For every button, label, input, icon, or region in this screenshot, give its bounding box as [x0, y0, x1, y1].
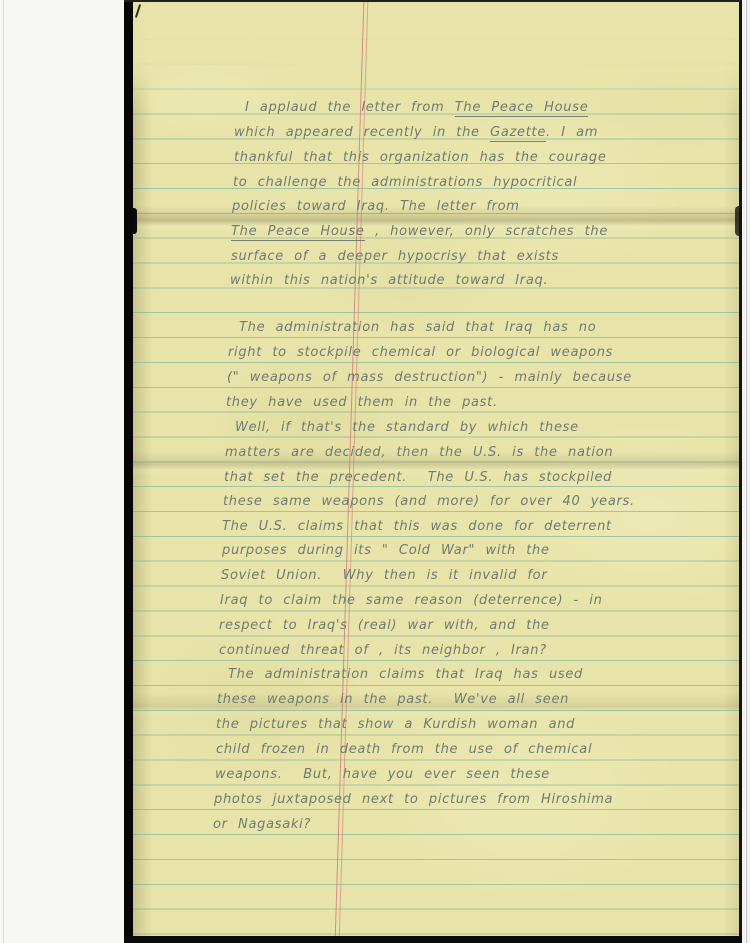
handwriting-segment: thankful that this organization has the … [234, 150, 607, 165]
handwriting-line: these weapons in the past. We've all see… [217, 691, 569, 709]
handwriting-line: policies toward Iraq. The letter from [232, 198, 520, 216]
handwriting-segment: they have used them in the past. [226, 395, 498, 410]
viewer-left-gutter [0, 0, 124, 943]
handwriting-segment: I applaud the letter from [245, 100, 455, 115]
handwriting-segment: photos juxtaposed next to pictures from … [214, 792, 613, 807]
handwriting-line: these same weapons (and more) for over 4… [223, 493, 635, 511]
handwritten-text-layer: I applaud the letter from The Peace Hous… [133, 0, 739, 936]
handwriting-line: purposes during its " Cold War" with the [222, 542, 550, 560]
handwriting-line: I applaud the letter from The Peace Hous… [245, 99, 588, 117]
handwriting-segment: The administration has said that Iraq ha… [239, 320, 596, 335]
handwriting-segment: the pictures that show a Kurdish woman a… [216, 717, 575, 732]
handwriting-line: matters are decided, then the U.S. is th… [225, 444, 613, 462]
handwriting-segment: Iraq to claim the same reason (deterrenc… [220, 593, 603, 608]
handwriting-segment: . I am [546, 125, 598, 140]
handwriting-line: photos juxtaposed next to pictures from … [214, 791, 613, 809]
handwriting-segment: these weapons in the past. We've all see… [217, 692, 569, 707]
scan-edge-bottom [124, 936, 750, 943]
handwriting-segment: (" weapons of mass destruction") - mainl… [227, 370, 632, 385]
handwriting-segment: or Nagasaki? [213, 817, 311, 832]
handwriting-segment: surface of a deeper hypocrisy that exist… [231, 249, 559, 264]
handwriting-segment: within this nation's attitude toward Ira… [230, 273, 548, 288]
handwriting-line: continued threat of , its neighbor , Ira… [219, 642, 547, 660]
handwriting-line: (" weapons of mass destruction") - mainl… [227, 369, 632, 387]
handwriting-line: right to stockpile chemical or biologica… [228, 344, 613, 362]
handwriting-segment: respect to Iraq's (real) war with, and t… [219, 618, 550, 633]
handwriting-segment: to challenge the administrations hypocri… [233, 175, 577, 190]
handwriting-line: Iraq to claim the same reason (deterrenc… [220, 592, 603, 610]
underlined-phrase: The Peace House [455, 100, 589, 117]
viewer-right-gutter-line [746, 0, 747, 943]
handwriting-line: or Nagasaki? [213, 816, 311, 834]
viewer-right-gutter [742, 0, 750, 943]
handwriting-segment: matters are decided, then the U.S. is th… [225, 445, 613, 460]
handwriting-segment: these same weapons (and more) for over 4… [223, 494, 635, 509]
scan-edge-left [124, 0, 133, 943]
handwriting-segment: The U.S. claims that this was done for d… [222, 519, 612, 534]
handwriting-segment: child frozen in death from the use of ch… [216, 742, 592, 757]
handwriting-segment: , however, only scratches the [365, 224, 608, 239]
handwriting-segment: which appeared recently in the [234, 125, 490, 140]
handwriting-segment: Soviet Union. Why then is it invalid for [221, 568, 547, 583]
handwriting-line: The U.S. claims that this was done for d… [222, 518, 612, 536]
handwriting-segment: right to stockpile chemical or biologica… [228, 345, 613, 360]
handwriting-line: they have used them in the past. [226, 394, 498, 412]
handwriting-line: surface of a deeper hypocrisy that exist… [231, 248, 559, 266]
handwriting-line: that set the precedent. The U.S. has sto… [224, 469, 612, 487]
handwriting-line: The administration has said that Iraq ha… [239, 319, 596, 337]
handwriting-segment: continued threat of , its neighbor , Ira… [219, 643, 547, 658]
handwriting-line: within this nation's attitude toward Ira… [230, 272, 548, 290]
handwriting-line: The administration claims that Iraq has … [228, 666, 583, 684]
handwriting-line: the pictures that show a Kurdish woman a… [216, 716, 575, 734]
scan-edge-crease-bump-left [133, 208, 137, 234]
underlined-phrase: Gazette [490, 125, 546, 142]
scan-edge-top [124, 0, 742, 2]
handwriting-line: thankful that this organization has the … [234, 149, 607, 167]
handwriting-segment: policies toward Iraq. The letter from [232, 199, 520, 214]
handwriting-line: to challenge the administrations hypocri… [233, 174, 577, 192]
handwriting-line: Well, if that's the standard by which th… [235, 419, 579, 437]
handwriting-line: weapons. But, have you ever seen these [215, 766, 550, 784]
viewer-left-gutter-line [3, 0, 4, 943]
handwriting-segment: weapons. But, have you ever seen these [215, 767, 550, 782]
handwriting-line: child frozen in death from the use of ch… [216, 741, 592, 759]
handwriting-segment: purposes during its " Cold War" with the [222, 543, 550, 558]
legal-pad-page: I applaud the letter from The Peace Hous… [133, 0, 739, 936]
handwriting-segment: Well, if that's the standard by which th… [235, 420, 579, 435]
handwriting-line: The Peace House , however, only scratche… [231, 223, 608, 241]
handwriting-line: Soviet Union. Why then is it invalid for [221, 567, 547, 585]
handwriting-segment: The administration claims that Iraq has … [228, 667, 583, 682]
handwriting-line: which appeared recently in the Gazette. … [234, 124, 598, 142]
handwriting-line: respect to Iraq's (real) war with, and t… [219, 617, 550, 635]
underlined-phrase: The Peace House [231, 224, 365, 241]
handwriting-segment: that set the precedent. The U.S. has sto… [224, 470, 612, 485]
